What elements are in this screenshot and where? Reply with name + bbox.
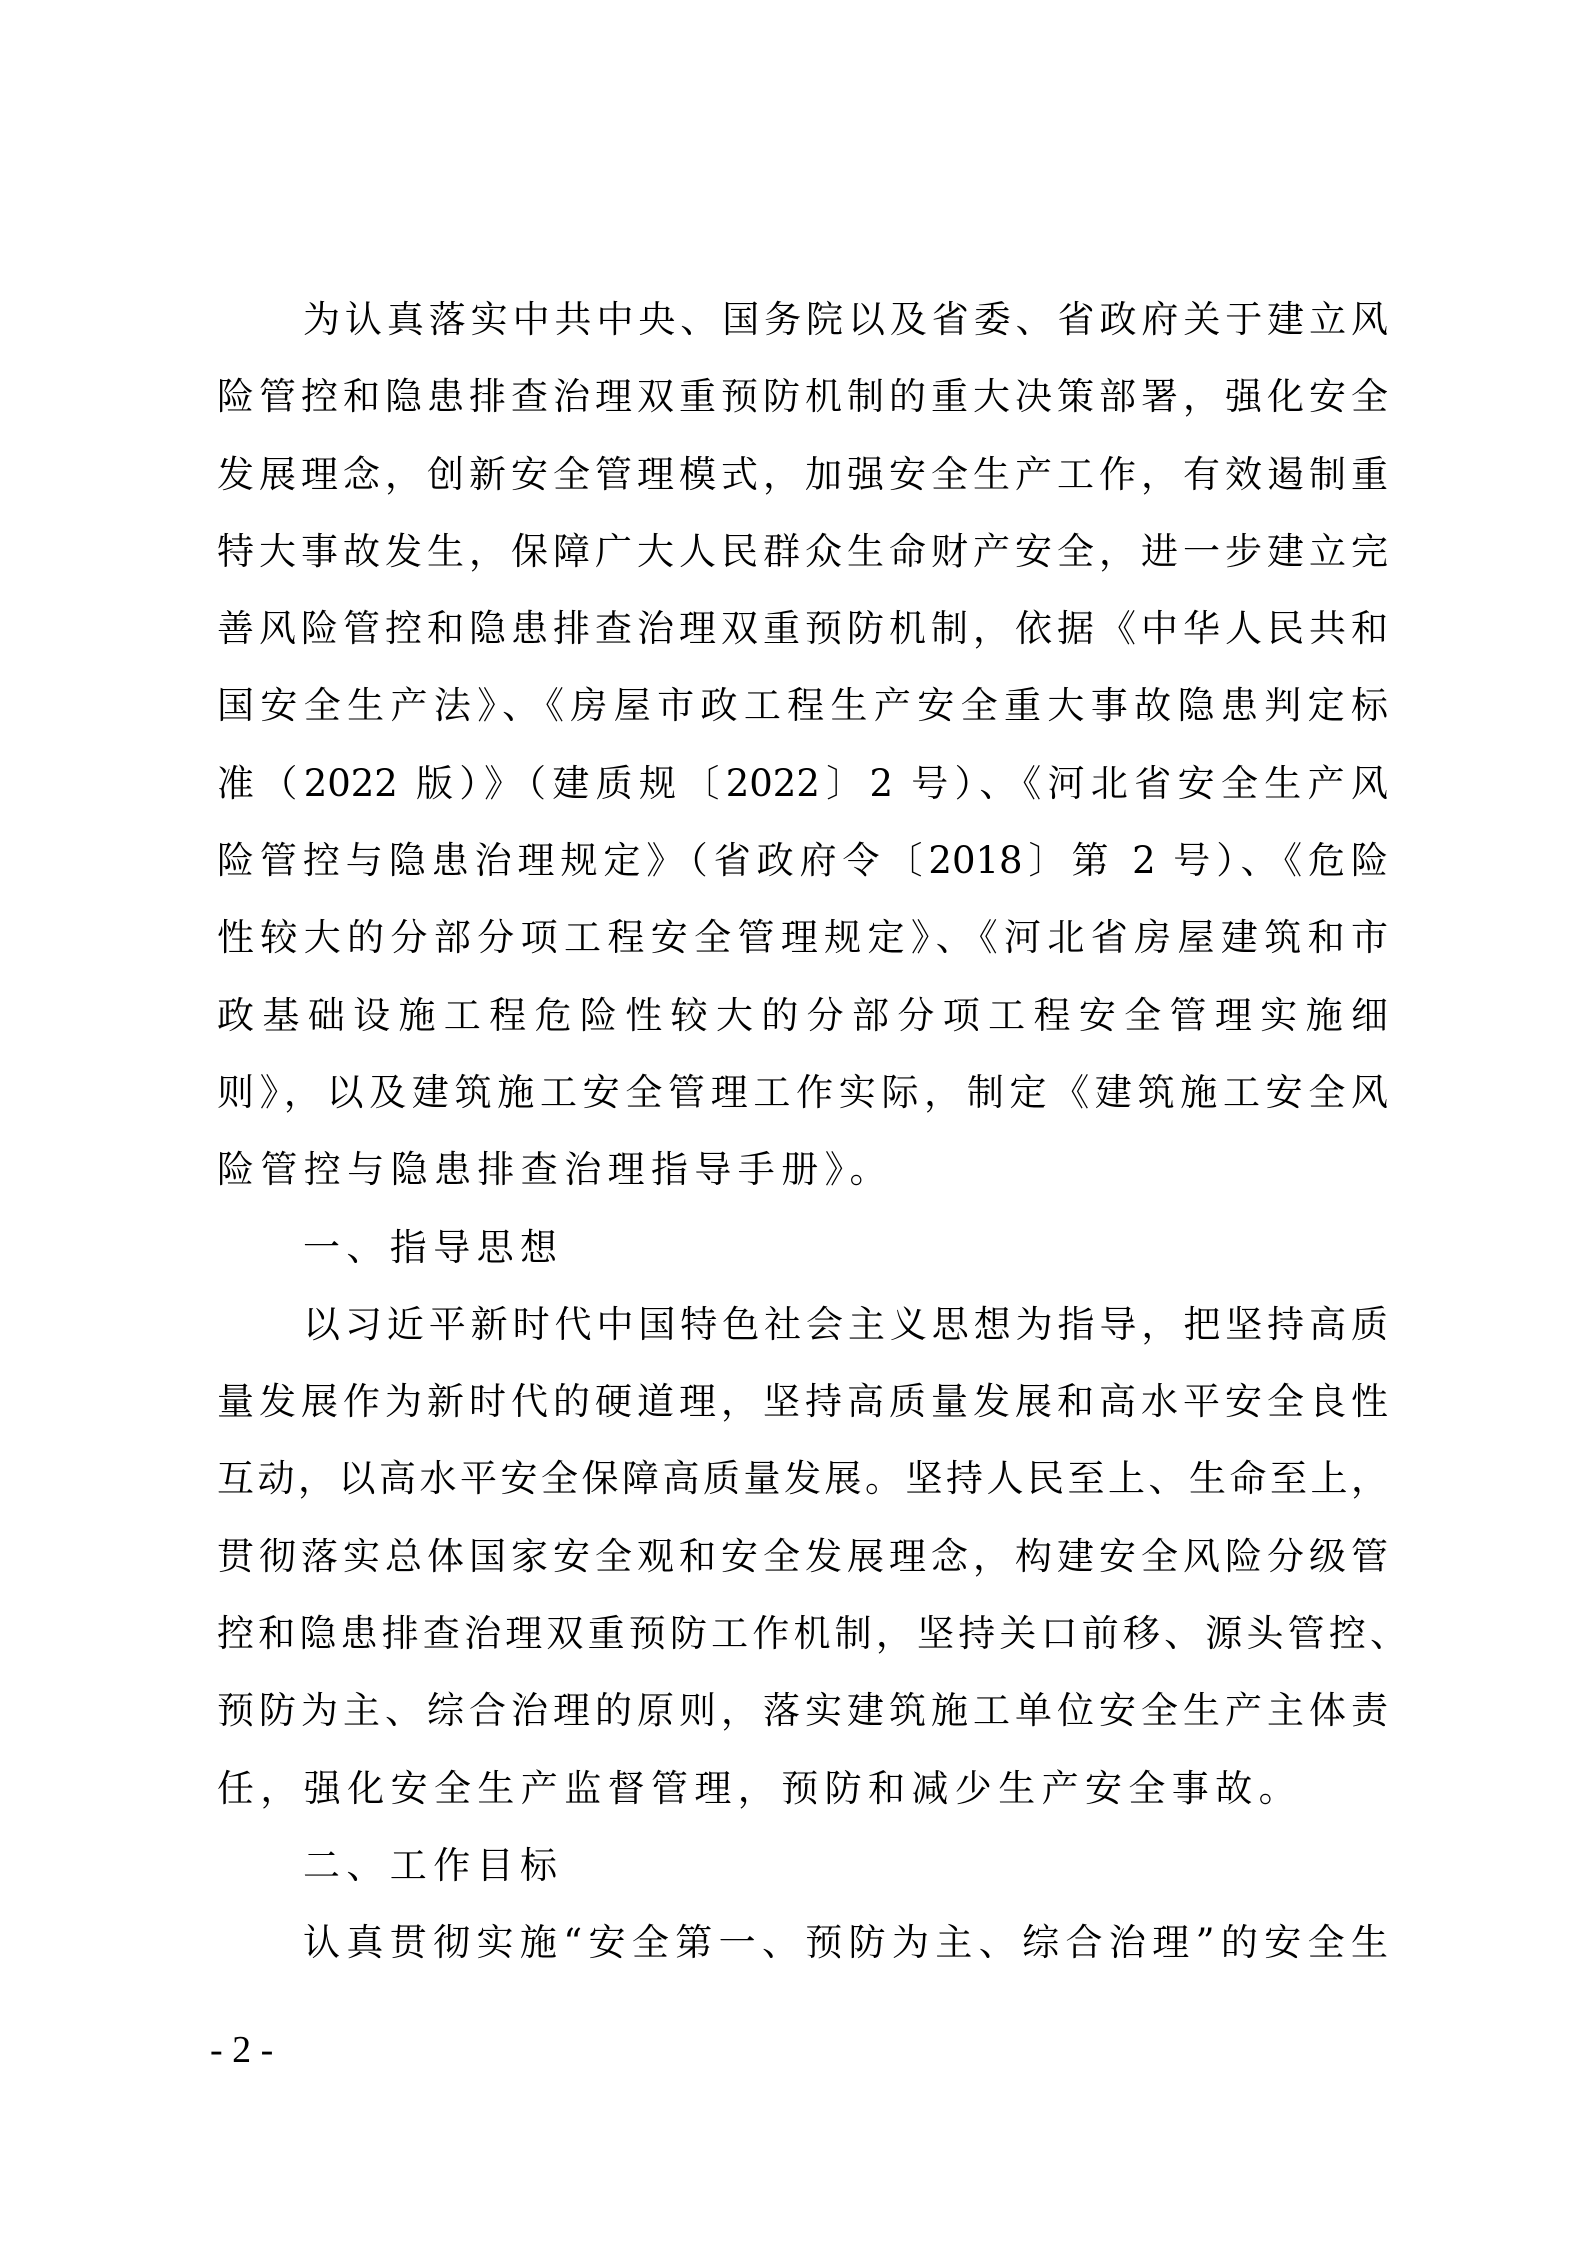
text-line: 险管控与隐患排查治理指导手册》。 <box>217 1131 1388 1208</box>
text-line: 特大事故发生，保障广大人民群众生命财产安全，进一步建立完 <box>217 513 1388 590</box>
section-heading-guiding-ideology: 一、指导思想 <box>217 1209 1388 1286</box>
text-line: 善风险管控和隐患排查治理双重预防机制，依据《中华人民共和 <box>217 590 1388 667</box>
text-line: 性较大的分部分项工程安全管理规定》、《河北省房屋建筑和市 <box>217 899 1388 976</box>
text-line: 发展理念，创新安全管理模式，加强安全生产工作，有效遏制重 <box>217 436 1388 513</box>
document-page: 为认真落实中共中央、国务院以及省委、省政府关于建立风 险管控和隐患排查治理双重预… <box>0 0 1587 2245</box>
text-line: 以习近平新时代中国特色社会主义思想为指导，把坚持高质 <box>217 1286 1388 1363</box>
text-line: 任，强化安全生产监督管理，预防和减少生产安全事故。 <box>217 1750 1388 1827</box>
text-line: 控和隐患排查治理双重预防工作机制，坚持关口前移、源头管控、 <box>217 1595 1407 1672</box>
text-line: 量发展作为新时代的硬道理，坚持高质量发展和高水平安全良性 <box>217 1363 1388 1440</box>
text-line: 贯彻落实总体国家安全观和安全发展理念，构建安全风险分级管 <box>217 1518 1388 1595</box>
section-heading-work-objectives: 二、工作目标 <box>217 1827 1388 1904</box>
text-line: 预防为主、综合治理的原则，落实建筑施工单位安全生产主体责 <box>217 1672 1388 1749</box>
text-line: 则》，以及建筑施工安全管理工作实际，制定《建筑施工安全风 <box>217 1054 1388 1131</box>
page-number: - 2 - <box>210 2024 273 2076</box>
text-line: 互动，以高水平安全保障高质量发展。坚持人民至上、生命至上， <box>217 1440 1388 1517</box>
text-line: 认真贯彻实施“安全第一、预防为主、综合治理”的安全生 <box>217 1904 1388 1981</box>
text-line: 政基础设施工程危险性较大的分部分项工程安全管理实施细 <box>217 977 1388 1054</box>
text-line: 险管控与隐患治理规定》（省政府令〔2018〕第 2 号）、《危险 <box>217 822 1388 899</box>
text-line: 为认真落实中共中央、国务院以及省委、省政府关于建立风 <box>217 281 1388 358</box>
text-line: 国安全生产法》、《房屋市政工程生产安全重大事故隐患判定标 <box>217 667 1388 744</box>
text-line: 准（2022 版）》（建质规〔2022〕2 号）、《河北省安全生产风 <box>217 745 1388 822</box>
document-body: 为认真落实中共中央、国务院以及省委、省政府关于建立风 险管控和隐患排查治理双重预… <box>217 281 1388 1982</box>
text-line: 险管控和隐患排查治理双重预防机制的重大决策部署，强化安全 <box>217 358 1388 435</box>
